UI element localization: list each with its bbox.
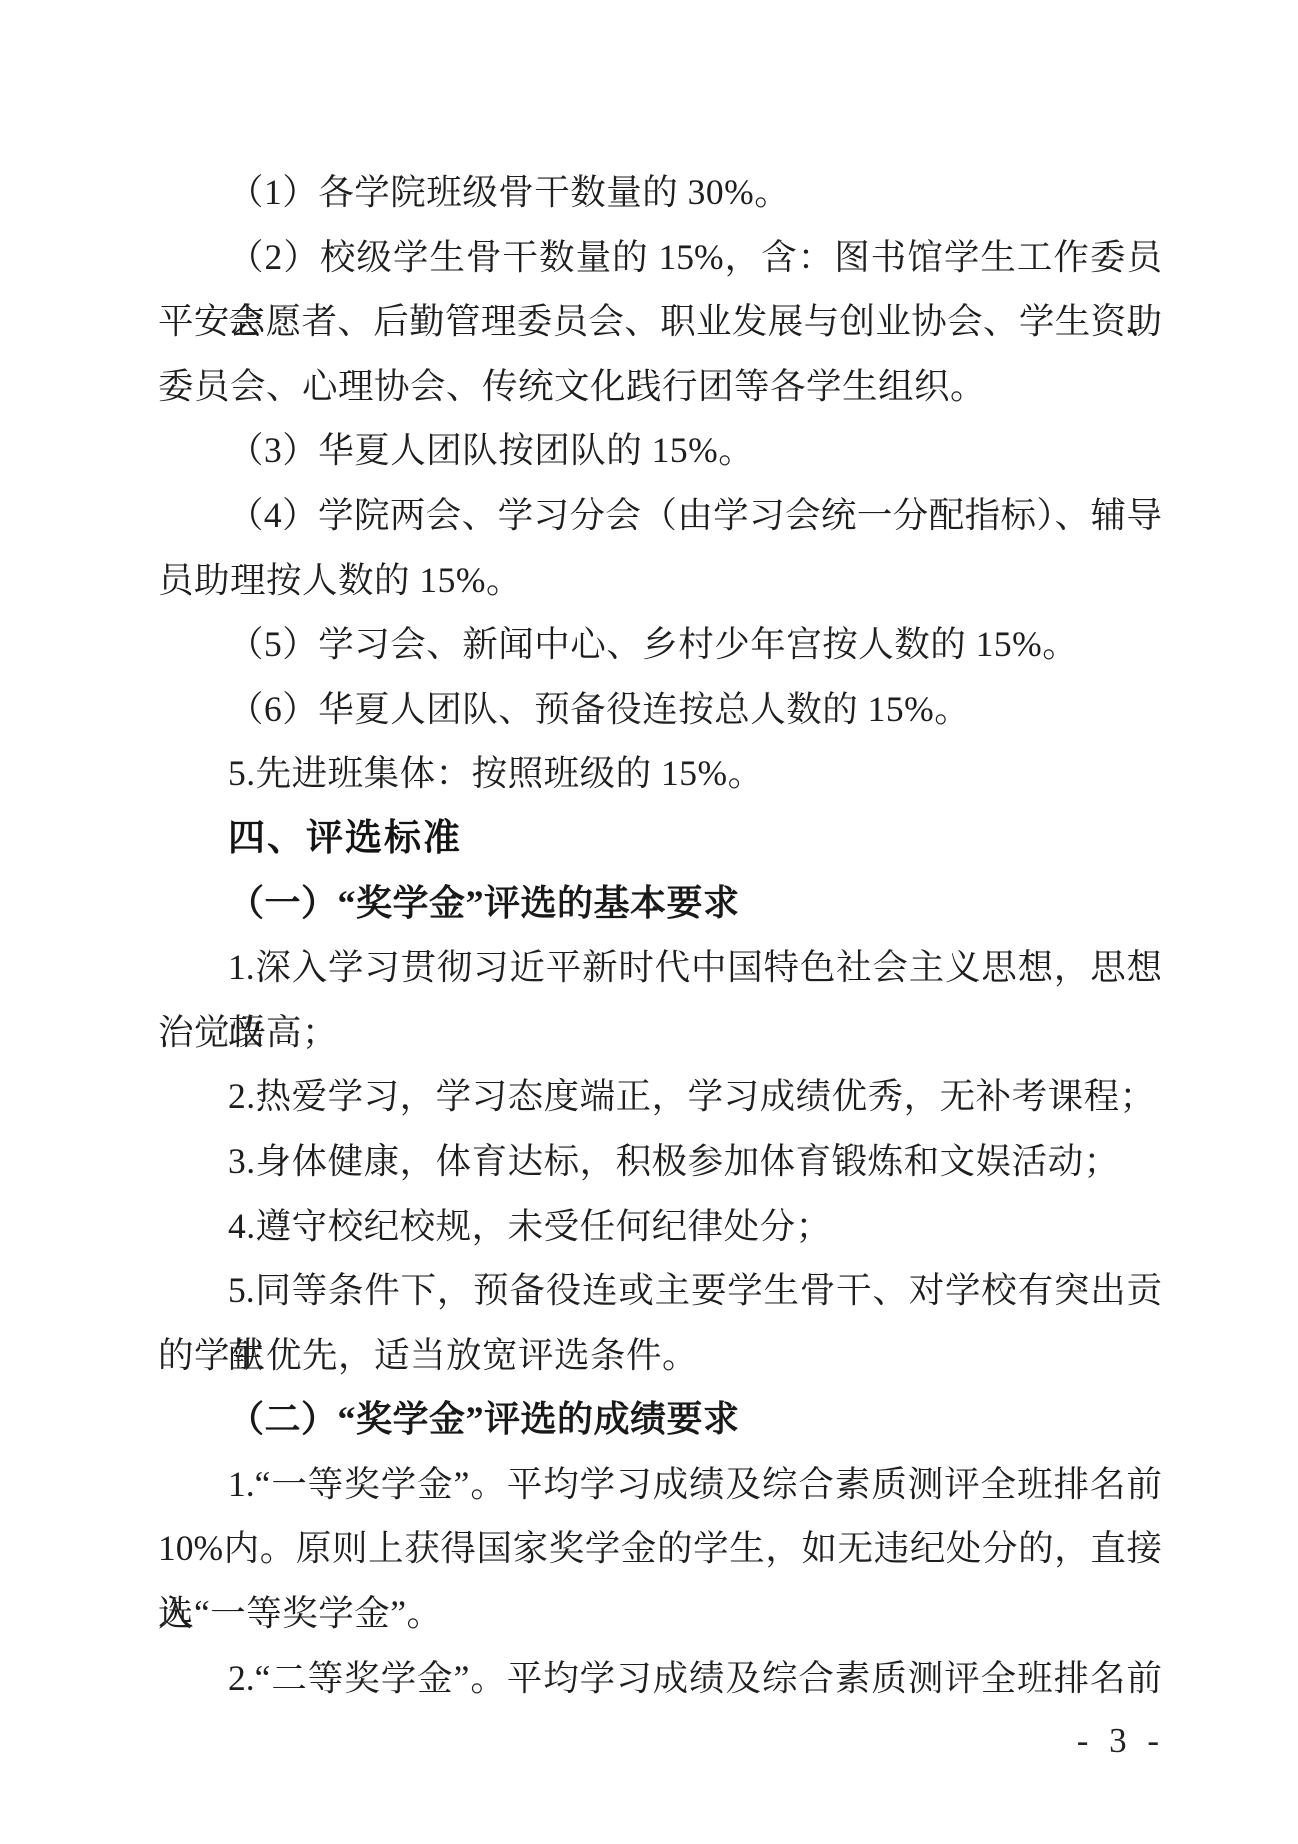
document-body: （1）各学院班级骨干数量的 30%。（2）校级学生骨干数量的 15%，含：图书馆… [158,160,1162,1710]
doc-line: 平安志愿者、后勤管理委员会、职业发展与创业协会、学生资助 [158,289,1162,354]
doc-line: 3.身体健康，体育达标，积极参加体育锻炼和文娱活动； [158,1129,1162,1194]
doc-line: 5.先进班集体：按照班级的 15%。 [158,741,1162,806]
doc-line: （5）学习会、新闻中心、乡村少年宫按人数的 15%。 [158,612,1162,677]
doc-line: 治觉悟高； [158,1000,1162,1065]
doc-line: 1.“一等奖学金”。平均学习成绩及综合素质测评全班排名前 [158,1452,1162,1517]
doc-line: 10%内。原则上获得国家奖学金的学生，如无违纪处分的，直接入 [158,1516,1162,1581]
doc-line: （二）“奖学金”评选的成绩要求 [158,1387,1162,1452]
doc-line: （4）学院两会、学习分会（由学习会统一分配指标）、辅导 [158,483,1162,548]
page-number: - 3 - [1077,1716,1165,1766]
doc-line: 2.“二等奖学金”。平均学习成绩及综合素质测评全班排名前 [158,1646,1162,1711]
doc-line: （3）华夏人团队按团队的 15%。 [158,418,1162,483]
doc-line: （2）校级学生骨干数量的 15%，含：图书馆学生工作委员会、 [158,225,1162,290]
doc-line: 员助理按人数的 15%。 [158,548,1162,613]
document-page: （1）各学院班级骨干数量的 30%。（2）校级学生骨干数量的 15%，含：图书馆… [0,0,1298,1844]
doc-line: 1.深入学习贯彻习近平新时代中国特色社会主义思想，思想政 [158,935,1162,1000]
doc-line: 委员会、心理协会、传统文化践行团等各学生组织。 [158,354,1162,419]
doc-line: （6）华夏人团队、预备役连按总人数的 15%。 [158,677,1162,742]
doc-line: 选“一等奖学金”。 [158,1581,1162,1646]
doc-line: 四、评选标准 [158,806,1162,871]
doc-line: 2.热爱学习，学习态度端正，学习成绩优秀，无补考课程； [158,1064,1162,1129]
doc-line: 的学生优先，适当放宽评选条件。 [158,1323,1162,1388]
doc-line: （一）“奖学金”评选的基本要求 [158,871,1162,936]
doc-line: （1）各学院班级骨干数量的 30%。 [158,160,1162,225]
doc-line: 5.同等条件下，预备役连或主要学生骨干、对学校有突出贡献 [158,1258,1162,1323]
doc-line: 4.遵守校纪校规，未受任何纪律处分； [158,1194,1162,1259]
